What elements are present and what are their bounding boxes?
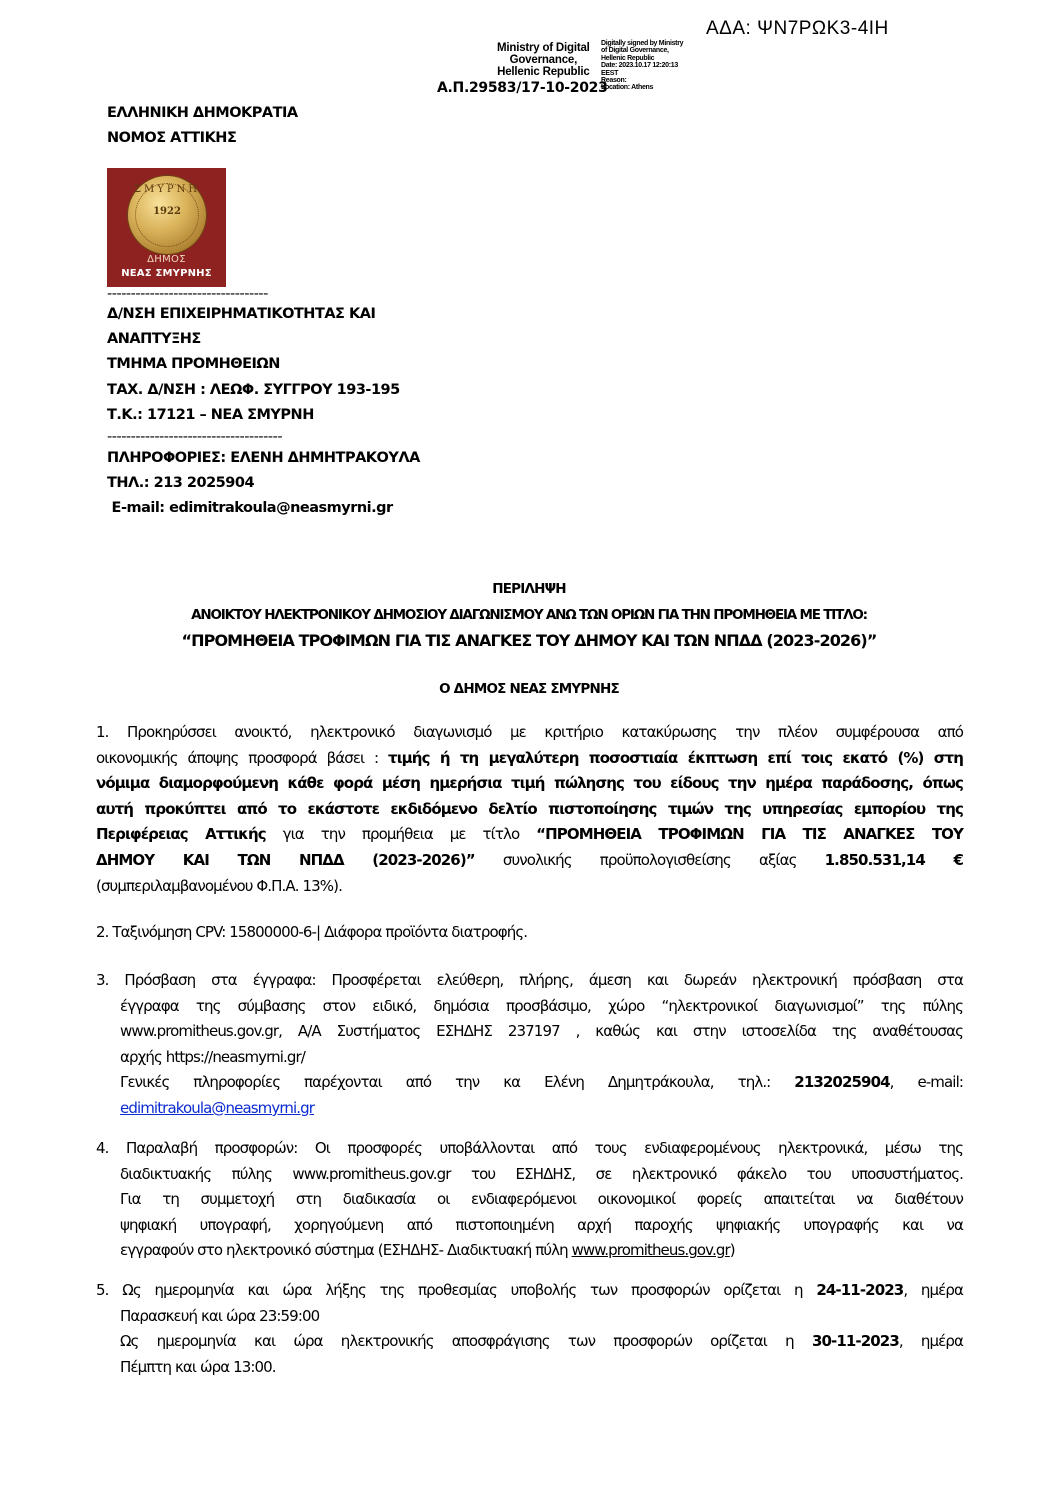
signature-detail-line: Location: Athens	[601, 84, 683, 91]
signature-name-line: Hellenic Republic	[497, 66, 590, 78]
contact-email[interactable]: E-mail: edimitrakoula@neasmyrni.gr	[107, 496, 420, 521]
text-span: εγγραφούν στο ηλεκτρονικό σύστημα (ΕΣΗΔΗ…	[120, 1241, 572, 1259]
text-span: οικονομικής άποψης προσφορά βάσει :	[96, 749, 388, 767]
promitheus-link[interactable]: www.promitheus.gov.gr	[572, 1241, 730, 1259]
separator: -------------------------------------	[107, 430, 420, 444]
text-line: διαδικτυακής πύλης www.promitheus.gov.gr…	[96, 1162, 963, 1188]
item-3-document-access: 3. Πρόσβαση στα έγγραφα: Προσφέρεται ελε…	[96, 968, 963, 1122]
cpv-classification: 2. Ταξινόμηση CPV: 15800000-6-| Διάφορα …	[96, 920, 963, 946]
submission-deadline-date: 24-11-2023	[816, 1281, 903, 1299]
text-span: , ημέρα	[899, 1332, 963, 1350]
text-span: για την προμήθεια με τίτλο	[266, 825, 536, 843]
award-criterion: τιμής ή τη μεγαλύτερη ποσοστιαία έκπτωση…	[388, 749, 963, 767]
text-line: Πέμπτη και ώρα 13:00.	[96, 1355, 963, 1381]
coin-emblem-icon: ΣΜΥΡΝΗ 1922	[128, 176, 206, 254]
text-span: 5. Ως ημερομηνία και ώρα λήξης της προθε…	[96, 1281, 816, 1299]
text-span: )	[730, 1241, 735, 1259]
project-title-inline: ΔΗΜΟΥ ΚΑΙ ΤΩΝ ΝΠΔΔ (2023-2026)”	[96, 851, 475, 869]
signature-detail-line: Hellenic Republic	[601, 55, 683, 62]
signature-name-line: Ministry of Digital	[497, 42, 590, 54]
text-line: 3. Πρόσβαση στα έγγραφα: Προσφέρεται ελε…	[96, 968, 963, 994]
contact-info: ΠΛΗΡΟΦΟΡΙΕΣ: ΕΛΕΝΗ ΔΗΜΗΤΡΑΚΟΥΛΑ	[107, 446, 420, 471]
department-line: Τ.Κ.: 17121 – ΝΕΑ ΣΜΥΡΝΗ	[107, 403, 420, 428]
signature-detail-line: Date: 2023.10.17 12:20:13	[601, 62, 683, 69]
signature-detail-line: Reason:	[601, 77, 683, 84]
signature-name: Ministry of Digital Governance, Hellenic…	[497, 42, 590, 78]
separator: ----------------------------------	[107, 288, 420, 300]
text-span: Ως ημερομηνία και ώρα ηλεκτρονικής αποσφ…	[120, 1332, 812, 1350]
project-title-inline: “ΠΡΟΜΗΘΕΙΑ ΤΡΟΦΙΜΩΝ ΓΙΑ ΤΙΣ ΑΝΑΓΚΕΣ ΤΟΥ	[536, 825, 963, 843]
tender-subtitle: ΑΝΟΙΚΤΟΥ ΗΛΕΚΤΡΟΝΙΚΟΥ ΔΗΜΟΣΙΟΥ ΔΙΑΓΩΝΙΣΜ…	[0, 607, 1058, 623]
region-name: Περιφέρειας Αττικής	[96, 825, 266, 843]
text-line: Παρασκευή και ώρα 23:59:00	[96, 1304, 963, 1330]
logo-text-line2: ΝΕΑΣ ΣΜΥΡΝΗΣ	[107, 268, 226, 279]
signature-detail-line: Digitally signed by Ministry	[601, 40, 683, 47]
municipality-logo: ΣΜΥΡΝΗ 1922 ΔΗΜΟΣ ΝΕΑΣ ΣΜΥΡΝΗΣ	[107, 168, 226, 287]
contact-phone: ΤΗΛ.: 213 2025904	[107, 471, 420, 496]
department-block: ---------------------------------- Δ/ΝΣΗ…	[107, 294, 420, 522]
ada-code: ΑΔΑ: ΨΝ7ΡΩΚ3-4ΙΗ	[706, 18, 889, 40]
text-line: 5. Ως ημερομηνία και ώρα λήξης της προθε…	[96, 1278, 963, 1304]
text-span: , e-mail:	[890, 1073, 963, 1091]
opening-date: 30-11-2023	[812, 1332, 899, 1350]
text-line: www.promitheus.gov.gr, Α/Α Συστήματος ΕΣ…	[96, 1019, 963, 1045]
item-4-offer-submission: 4. Παραλαβή προσφορών: Οι προσφορές υποβ…	[96, 1136, 963, 1264]
text-line: Περιφέρειας Αττικής για την προμήθεια με…	[96, 822, 963, 848]
award-criterion-line: αυτή προκύπτει από το εκάστοτε εκδιδόμεν…	[96, 797, 963, 823]
project-title: “ΠΡΟΜΗΘΕΙΑ ΤΡΟΦΙΜΩΝ ΓΙΑ ΤΙΣ ΑΝΑΓΚΕΣ ΤΟΥ …	[0, 631, 1058, 650]
logo-text-line1: ΔΗΜΟΣ	[107, 254, 226, 265]
text-line: έγγραφα της σύμβασης στον ειδικό, δημόσι…	[96, 994, 963, 1020]
text-line: (συμπεριλαμβανομένου Φ.Π.Α. 13%).	[96, 874, 963, 900]
state-name: ΕΛΛΗΝΙΚΗ ΔΗΜΟΚΡΑΤΙΑ	[107, 101, 298, 126]
department-line: Δ/ΝΣΗ ΕΠΙΧΕΙΡΗΜΑΤΙΚΟΤΗΤΑΣ ΚΑΙ	[107, 302, 420, 327]
signature-details: Digitally signed by Ministry of Digital …	[601, 40, 683, 92]
prefecture-name: ΝΟΜΟΣ ΑΤΤΙΚΗΣ	[107, 126, 298, 151]
text-line: 4. Παραλαβή προσφορών: Οι προσφορές υποβ…	[96, 1136, 963, 1162]
protocol-number: Α.Π.29583/17-10-2023	[437, 80, 608, 96]
signature-name-line: Governance,	[497, 54, 590, 66]
signature-detail-line: of Digital Governance,	[601, 47, 683, 54]
budget-amount: 1.850.531,14 €	[825, 851, 963, 869]
text-line: ΔΗΜΟΥ ΚΑΙ ΤΩΝ ΝΠΔΔ (2023-2026)” συνολική…	[96, 848, 963, 874]
text-span: Γενικές πληροφορίες παρέχονται από την κ…	[120, 1073, 794, 1091]
item-5-deadlines: 5. Ως ημερομηνία και ώρα λήξης της προθε…	[96, 1278, 963, 1380]
coin-year: 1922	[128, 206, 206, 217]
coin-letters: ΣΜΥΡΝΗ	[128, 184, 206, 195]
text-line: οικονομικής άποψης προσφορά βάσει : τιμή…	[96, 746, 963, 772]
text-span: συνολικής προϋπολογισθείσης αξίας	[475, 851, 825, 869]
award-criterion-line: νόμιμα διαμορφούμενη κάθε φορά μέση ημερ…	[96, 771, 963, 797]
text-line: Για τη συμμετοχή στη διαδικασία οι ενδια…	[96, 1187, 963, 1213]
department-line: ΑΝΑΠΤΥΞΗΣ	[107, 327, 420, 352]
contact-phone-number: 2132025904	[794, 1073, 889, 1091]
department-line: ΤΜΗΜΑ ΠΡΟΜΗΘΕΙΩΝ	[107, 352, 420, 377]
text-line: 1. Προκηρύσσει ανοικτό, ηλεκτρονικό διαγ…	[96, 720, 963, 746]
signature-detail-line: EEST	[601, 70, 683, 77]
issuer-header: ΕΛΛΗΝΙΚΗ ΔΗΜΟΚΡΑΤΙΑ ΝΟΜΟΣ ΑΤΤΙΚΗΣ	[107, 101, 298, 151]
text-span: , ημέρα	[903, 1281, 963, 1299]
text-line: ψηφιακή υπογραφή, χορηγούμενη από πιστοπ…	[96, 1213, 963, 1239]
summary-heading: ΠΕΡΙΛΗΨΗ	[0, 581, 1058, 597]
text-line: Γενικές πληροφορίες παρέχονται από την κ…	[96, 1070, 963, 1096]
item-1-tender-announcement: 1. Προκηρύσσει ανοικτό, ηλεκτρονικό διαγ…	[96, 720, 963, 899]
text-line: edimitrakoula@neasmyrni.gr	[96, 1096, 963, 1122]
text-line: Ως ημερομηνία και ώρα ηλεκτρονικής αποσφ…	[96, 1329, 963, 1355]
email-link[interactable]: edimitrakoula@neasmyrni.gr	[120, 1099, 314, 1117]
issuer-heading: Ο ΔΗΜΟΣ ΝΕΑΣ ΣΜΥΡΝΗΣ	[0, 681, 1058, 697]
text-line: αρχής https://neasmyrni.gr/	[96, 1045, 963, 1071]
text-line: εγγραφούν στο ηλεκτρονικό σύστημα (ΕΣΗΔΗ…	[96, 1238, 963, 1264]
item-2-cpv: 2. Ταξινόμηση CPV: 15800000-6-| Διάφορα …	[96, 920, 963, 946]
department-line: ΤΑΧ. Δ/ΝΣΗ : ΛΕΩΦ. ΣΥΓΓΡΟΥ 193-195	[107, 378, 420, 403]
